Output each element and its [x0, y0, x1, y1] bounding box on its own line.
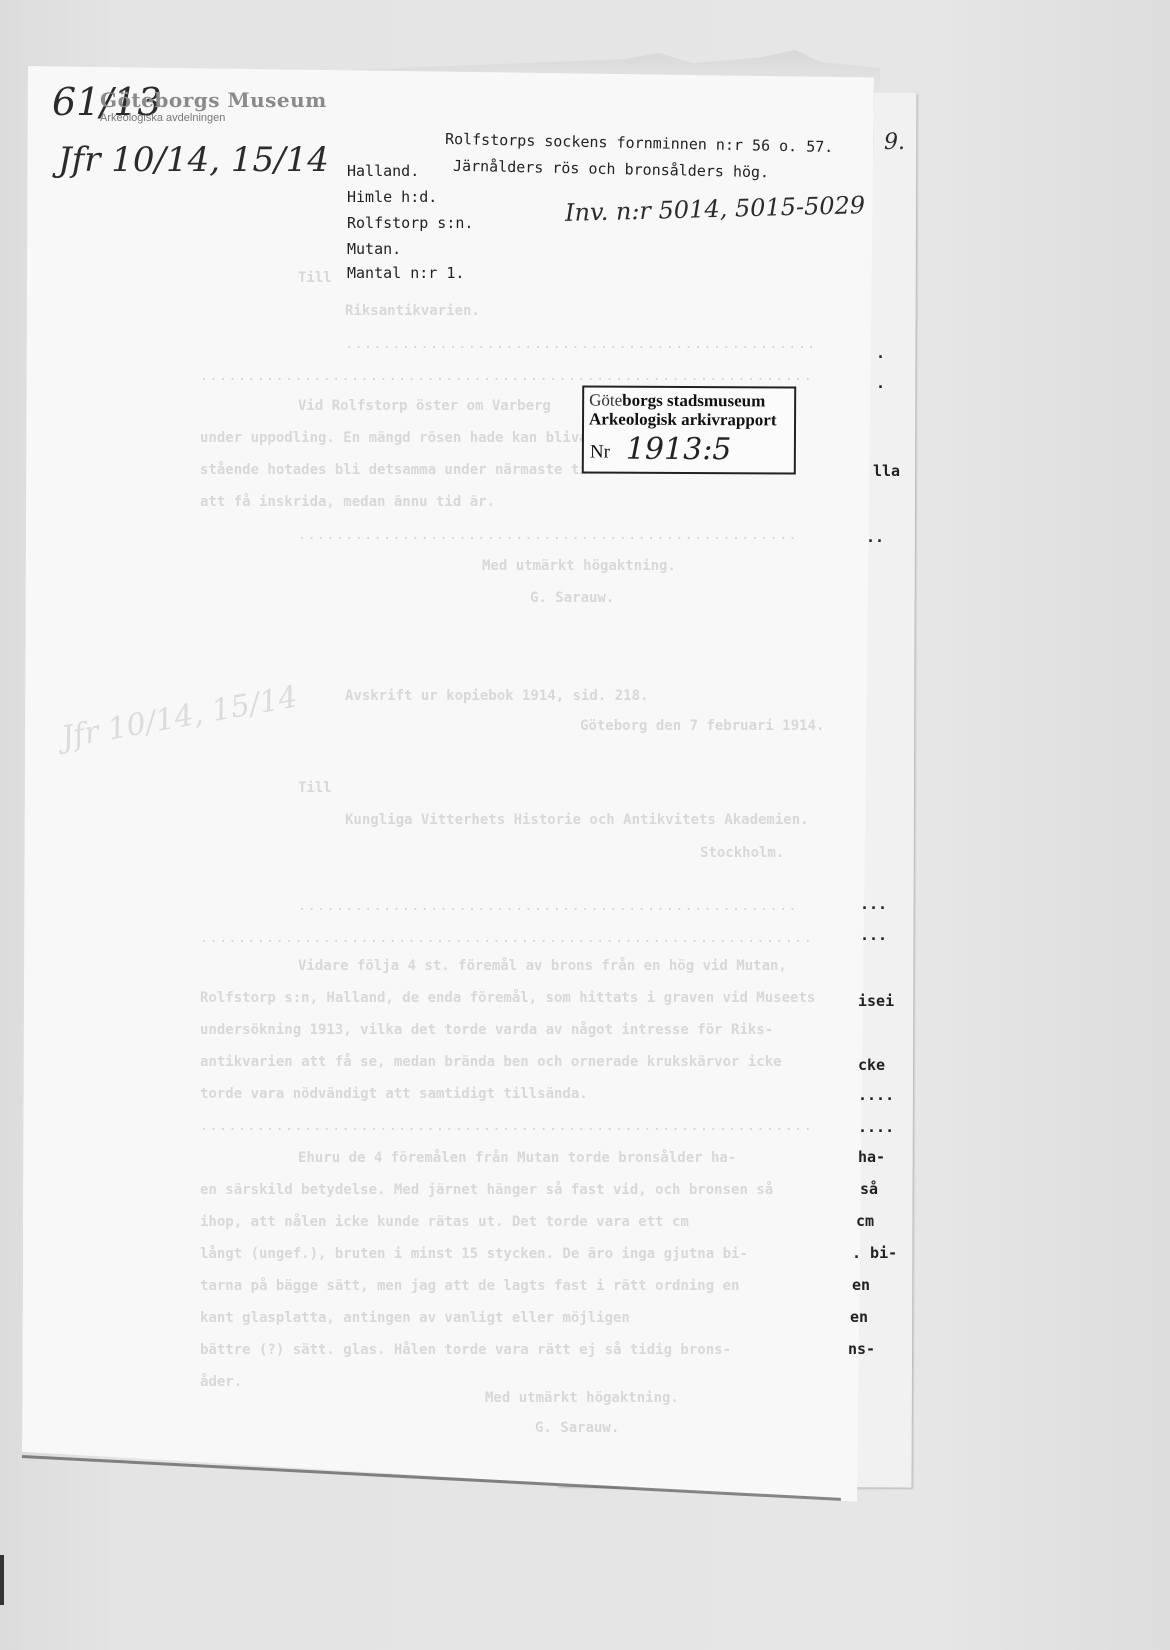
dotted-line: ........................................…: [200, 368, 813, 384]
archive-stamp-nr-label: Nr: [590, 441, 610, 463]
dotted-line: ........................................…: [200, 1118, 813, 1134]
edge-fragment: en: [852, 1276, 870, 1294]
edge-fragment: cm: [856, 1212, 874, 1230]
bleed-line: torde vara nödvändigt att samtidigt till…: [200, 1086, 588, 1102]
archive-report-stamp: Göteborgs stadsmuseum Arkeologisk arkivr…: [582, 385, 796, 474]
bleed-line: antikvarien att få se, medan brända ben …: [200, 1054, 782, 1070]
dotted-line: ........................................…: [200, 930, 813, 946]
bleed-line: Kungliga Vitterhets Historie och Antikvi…: [345, 812, 809, 828]
bleed-line: långt (ungef.), bruten i minst 15 stycke…: [200, 1246, 748, 1262]
edge-dot: ...: [860, 895, 887, 913]
edge-dot: ....: [858, 1118, 894, 1136]
edge-fragment: cke: [858, 1056, 885, 1074]
dotted-line: ........................................…: [298, 527, 798, 543]
bleed-line: Med utmärkt högaktning.: [482, 558, 676, 574]
bleed-line: Göteborg den 7 februari 1914.: [580, 718, 824, 734]
archive-stamp-nr-value: 1913:5: [626, 432, 732, 468]
handwritten-cross-reference: Jfr 10/14, 15/14: [58, 140, 329, 180]
bleed-line: Avskrift ur kopiebok 1914, sid. 218.: [345, 688, 648, 704]
edge-fragment: ha-: [858, 1148, 885, 1166]
archive-stamp-museum-part1: Göte: [589, 390, 622, 409]
bleed-line: stående hotades bli detsamma under närma…: [200, 462, 605, 478]
archive-stamp-type: Arkeologisk arkivrapport: [589, 409, 777, 430]
archive-stamp-museum-part2: borgs stadsmuseum: [622, 391, 765, 411]
bleed-line: Rolfstorp s:n, Halland, de enda föremål,…: [200, 990, 815, 1006]
location-mantal: Mantal n:r 1.: [347, 264, 464, 282]
edge-fragment: . bi-: [852, 1244, 897, 1262]
edge-fragment: lla: [873, 462, 900, 480]
museum-stamp-title: Göteborgs Museum: [100, 88, 327, 112]
bleed-line: kant glasplatta, antingen av vanligt ell…: [200, 1310, 630, 1326]
edge-fragment: ns-: [848, 1340, 875, 1358]
bleed-line: åder.: [200, 1374, 242, 1390]
bleed-line: Ehuru de 4 föremålen från Mutan torde br…: [298, 1150, 736, 1166]
bleed-line: Med utmärkt högaktning.: [485, 1390, 679, 1406]
bleed-line: Riksantikvarien.: [345, 303, 480, 319]
location-parish: Rolfstorp s:n.: [347, 214, 473, 232]
edge-dot: .: [876, 374, 885, 392]
bleed-line: Till: [298, 780, 332, 796]
bleed-line: G. Sarauw.: [535, 1420, 619, 1436]
dotted-line: ........................................…: [345, 336, 816, 352]
location-province: Halland.: [347, 162, 419, 180]
edge-dot: .: [876, 344, 885, 362]
bleed-line: Vidare följa 4 st. föremål av brons från…: [298, 958, 787, 974]
bleed-line: ihop, att nålen icke kunde rätas ut. Det…: [200, 1214, 689, 1230]
bleed-line: att få inskrida, medan ännu tid är.: [200, 494, 495, 510]
edge-fragment: isei: [858, 992, 894, 1010]
bleed-line: Vid Rolfstorp öster om Varberg: [298, 398, 551, 414]
edge-dot: ..: [866, 528, 884, 546]
location-district: Himle h:d.: [347, 188, 437, 206]
bleed-line: tarna på bägge sätt, men jag att de lagt…: [200, 1278, 739, 1294]
edge-dot: ....: [858, 1086, 894, 1104]
scan-edge-mark: [0, 1555, 4, 1605]
bleed-line: G. Sarauw.: [530, 590, 614, 606]
bleed-line: en särskild betydelse. Med järnet hänger…: [200, 1182, 773, 1198]
location-farm: Mutan.: [347, 240, 401, 258]
museum-stamp-department: Arkeologiska avdelningen: [100, 112, 225, 124]
bleed-line: undersökning 1913, vilka det torde varda…: [200, 1022, 773, 1038]
edge-dot: ...: [860, 926, 887, 944]
bleed-line: Till: [298, 270, 332, 286]
dotted-line: ........................................…: [298, 898, 798, 914]
bleed-line: Stockholm.: [700, 845, 784, 861]
archive-stamp-museum: Göteborgs stadsmuseum: [589, 390, 765, 411]
edge-fragment: en: [850, 1308, 868, 1326]
bleed-line: bättre (?) sätt. glas. Hålen torde vara …: [200, 1342, 731, 1358]
edge-fragment: så: [860, 1180, 878, 1198]
handwritten-page-number: 9.: [884, 130, 905, 155]
